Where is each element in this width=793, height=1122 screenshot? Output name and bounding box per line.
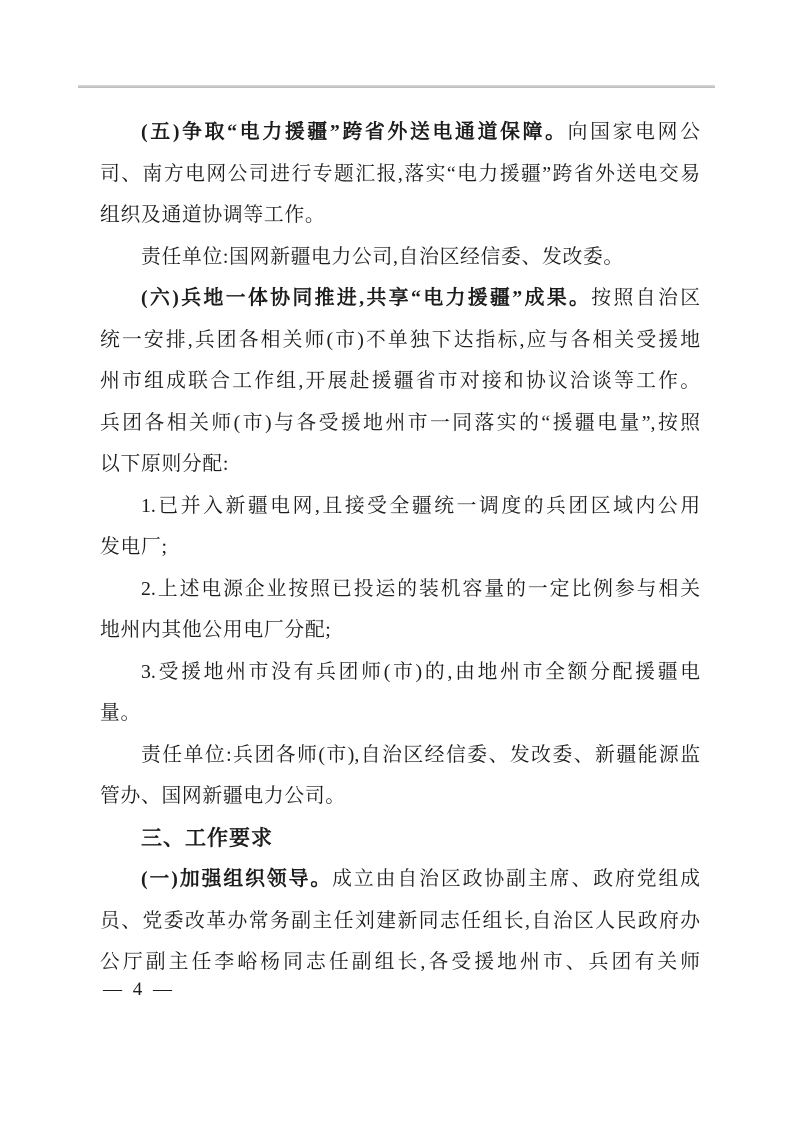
body-text: 以下原则分配: xyxy=(100,453,229,475)
text-line: (一)加强组织领导。成立由自治区政协副主席、政府党组成 xyxy=(100,859,700,901)
text-line: (五)争取“电力援疆”跨省外送电通道保障。向国家电网公 xyxy=(100,112,700,154)
body-text: 兵团各相关师(市)与各受援地州市一同落实的“援疆电量”,按照 xyxy=(100,412,700,434)
text-line: 发电厂; xyxy=(100,527,700,569)
body-text: 管办、国网新疆电力公司。 xyxy=(100,785,346,807)
text-line: 3.受援地州市没有兵团师(市)的,由地州市全额分配援疆电 xyxy=(100,652,700,694)
text-line: 公厅副主任李峪杨同志任副组长,各受援地州市、兵团有关师 xyxy=(100,942,700,984)
text-line: 统一安排,兵团各相关师(市)不单独下达指标,应与各相关受援地 xyxy=(100,320,700,362)
body-text: 员、党委改革办常务副主任刘建新同志任组长,自治区人民政府办 xyxy=(100,910,700,932)
text-line: 司、南方电网公司进行专题汇报,落实“电力援疆”跨省外送电交易 xyxy=(100,154,700,196)
text-line: 2.上述电源企业按照已投运的装机容量的一定比例参与相关 xyxy=(100,569,700,611)
body-text: 向国家电网公 xyxy=(568,121,700,143)
text-line: 责任单位:国网新疆电力公司,自治区经信委、发改委。 xyxy=(100,237,700,279)
body-text: 责任单位:兵团各师(市),自治区经信委、发改委、新疆能源监 xyxy=(141,744,700,766)
body-text: 州市组成联合工作组,开展赴援疆省市对接和协议洽谈等工作。 xyxy=(100,370,700,392)
page-number: — 4 — xyxy=(103,979,175,1001)
body-text: 1.已并入新疆电网,且接受全疆统一调度的兵团区域内公用 xyxy=(141,495,700,517)
text-line: (六)兵地一体协同推进,共享“电力援疆”成果。按照自治区 xyxy=(100,278,700,320)
document-body: (五)争取“电力援疆”跨省外送电通道保障。向国家电网公司、南方电网公司进行专题汇… xyxy=(100,112,700,984)
text-line: 管办、国网新疆电力公司。 xyxy=(100,776,700,818)
body-text: 2.上述电源企业按照已投运的装机容量的一定比例参与相关 xyxy=(141,578,700,600)
header-rule xyxy=(78,85,715,88)
text-line: 量。 xyxy=(100,693,700,735)
document-page: { "colors": { "text": "#1c1c1c", "rule":… xyxy=(0,0,793,1122)
text-line: 州市组成联合工作组,开展赴援疆省市对接和协议洽谈等工作。 xyxy=(100,361,700,403)
body-text: 地州内其他公用电厂分配; xyxy=(100,619,332,641)
item-lead-text: (六)兵地一体协同推进,共享“电力援疆”成果。 xyxy=(141,287,591,309)
text-line: 三、工作要求 xyxy=(100,818,700,860)
body-text: 责任单位:国网新疆电力公司,自治区经信委、发改委。 xyxy=(141,246,624,268)
text-line: 员、党委改革办常务副主任刘建新同志任组长,自治区人民政府办 xyxy=(100,901,700,943)
text-line: 兵团各相关师(市)与各受援地州市一同落实的“援疆电量”,按照 xyxy=(100,403,700,445)
body-text: 组织及通道协调等工作。 xyxy=(100,204,325,226)
section-heading: 三、工作要求 xyxy=(141,827,273,850)
item-lead-text: (五)争取“电力援疆”跨省外送电通道保障。 xyxy=(141,121,568,143)
body-text: 量。 xyxy=(100,702,141,724)
body-text: 按照自治区 xyxy=(591,287,700,309)
body-text: 统一安排,兵团各相关师(市)不单独下达指标,应与各相关受援地 xyxy=(100,329,700,351)
text-line: 地州内其他公用电厂分配; xyxy=(100,610,700,652)
text-line: 组织及通道协调等工作。 xyxy=(100,195,700,237)
body-text: 司、南方电网公司进行专题汇报,落实“电力援疆”跨省外送电交易 xyxy=(100,163,700,185)
text-line: 责任单位:兵团各师(市),自治区经信委、发改委、新疆能源监 xyxy=(100,735,700,777)
item-lead-text: (一)加强组织领导。 xyxy=(141,868,332,890)
body-text: 公厅副主任李峪杨同志任副组长,各受援地州市、兵团有关师 xyxy=(100,951,700,973)
body-text: 发电厂; xyxy=(100,536,168,558)
body-text: 3.受援地州市没有兵团师(市)的,由地州市全额分配援疆电 xyxy=(141,661,700,683)
text-line: 1.已并入新疆电网,且接受全疆统一调度的兵团区域内公用 xyxy=(100,486,700,528)
text-line: 以下原则分配: xyxy=(100,444,700,486)
body-text: 成立由自治区政协副主席、政府党组成 xyxy=(332,868,700,890)
